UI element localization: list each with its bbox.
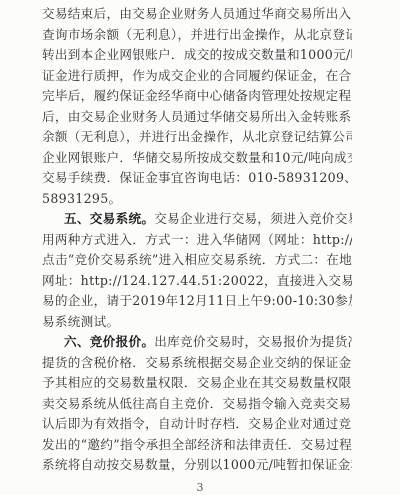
paragraph-line: 完毕后，履约保证金经华商中心储备肉管理处按规定程序统一释放 <box>42 86 352 106</box>
paragraph-line: 余额（无利息），并进行出金操作，从北京登记结算公司转出到本 <box>42 127 352 147</box>
section-5-first-line: 五、交易系统。交易企业进行交易，须进入竞价交易系统，可 <box>64 209 352 229</box>
page-number: 3 <box>0 481 400 494</box>
section-6-heading: 六、竞价报价。 <box>64 334 154 349</box>
document-page: 交易结束后，由交易企业财务人员通过华商交易所出入金转账系统 查询市场余额（无利息… <box>0 0 400 495</box>
section-6-first-line: 六、竞价报价。出库竞价交易时，交易报价为提货冷库库房内 <box>64 332 352 352</box>
paragraph-line: 企业网银账户．华储交易所按成交数量和10元/吨向成交企业收取 <box>42 148 352 168</box>
paragraph-line: 卖交易系统从低往高自主竞价．交易指令输入竞卖交易系统并经确 <box>42 394 352 414</box>
paragraph-line: 交易手续费．保证金事宜咨询电话：010-58931209、58931235、 <box>42 168 352 188</box>
paragraph-line: 予其相应的交易数量权限．交易企业在其交易数量权限内，通过竞 <box>42 373 352 393</box>
paragraph-line: 系统将自动按交易数量，分别以1000元/吨暂扣保证金和以10元/ <box>42 455 352 475</box>
paragraph-line: 58931295。 <box>42 189 352 209</box>
paragraph-line: 发出的“邀约”指令承担全部经济和法律责任．交易过程中，交易 <box>42 435 352 455</box>
paragraph-line: 转出到本企业网银账户．成交的按成交数量和1000元/吨对相应保 <box>42 45 352 65</box>
paragraph-line: 易的企业，请于2019年12月11日上午9:00-10:30参加竞卖交 <box>42 291 352 311</box>
paragraph-line: 提货的含税价格．交易系统根据交易企业交纳的保证金数额自动授 <box>42 353 352 373</box>
section-5-heading: 五、交易系统。 <box>64 211 154 226</box>
section-5-text: 交易企业进行交易，须进入竞价交易系统，可 <box>154 211 352 226</box>
paragraph-line: 查询市场余额（无利息），并进行出金操作，从北京登记结算公司 <box>42 25 352 45</box>
paragraph-line: 交易结束后，由交易企业财务人员通过华商交易所出入金转账系统 <box>42 4 352 24</box>
paragraph-line: 点击“竞价交易系统”进入相应交易系统．方式二：在地址栏输入 <box>42 250 352 270</box>
paragraph-line: 易系统测试。 <box>42 312 352 332</box>
paragraph-line: 用两种方式进入．方式一：进入华储网（网址：http://mrm.com.cn）， <box>42 230 352 250</box>
paragraph-line: 后，由交易企业财务人员通过华储交易所出入金转账系统查询市场 <box>42 107 352 127</box>
paragraph-line: 网址：http://124.127.44.51:20022，直接进入交易系统．参… <box>42 271 352 291</box>
section-6-text: 出库竞价交易时，交易报价为提货冷库库房内 <box>154 334 352 349</box>
paragraph-line: 认后即为有效指令，自动计时存档．交易企业对通过竞卖交易系统 <box>42 414 352 434</box>
paragraph-line: 证金进行质押，作为成交企业的合同履约保证金，在合同全部履行 <box>42 66 352 86</box>
